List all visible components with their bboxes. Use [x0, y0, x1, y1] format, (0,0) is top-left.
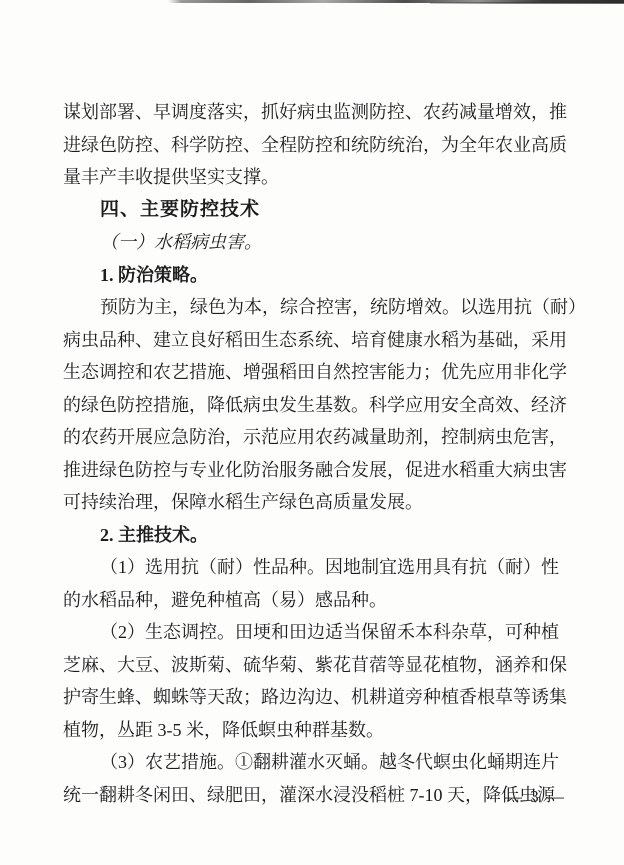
subsection-heading: （一）水稻病虫害。: [63, 226, 566, 259]
document-page: 谋划部署、早调度落实，抓好病虫监测防控、农药减量增效，推进绿色防控、科学防控、全…: [0, 0, 624, 865]
body-text-line: 谋划部署、早调度落实，抓好病虫监测防控、农药减量增效，推: [63, 96, 566, 129]
body-text-line: 生态调控和农艺措施、增强稻田自然控害能力；优先应用非化学: [63, 356, 566, 389]
section-heading: 四、主要防控技术: [63, 194, 566, 227]
point-heading: 2. 主推技术。: [63, 519, 566, 552]
body-text-line: 推进绿色防控与专业化防治服务融合发展，促进水稻重大病虫害: [63, 454, 566, 487]
scan-artifact-top-dark: [430, 2, 624, 4]
body-text-line: 植物，丛距 3-5 米，降低螟虫种群基数。: [63, 714, 566, 747]
body-text-line: 病虫品种、建立良好稻田生态系统、培育健康水稻为基础，采用: [63, 324, 566, 357]
point-heading: 1. 防治策略。: [63, 259, 566, 292]
document-body: 谋划部署、早调度落实，抓好病虫监测防控、农药减量增效，推进绿色防控、科学防控、全…: [63, 96, 566, 811]
body-text-line: 进绿色防控、科学防控、全程防控和统防统治，为全年农业高质: [63, 129, 566, 162]
body-text-line: 芝麻、大豆、波斯菊、硫华菊、紫花苜蓿等显花植物，涵养和保: [63, 649, 566, 682]
page-number: — 3 —: [63, 781, 609, 813]
body-text-line: 的农药开展应急防治，示范应用农药减量助剂，控制病虫危害，: [63, 421, 566, 454]
body-text-line: 的水稻品种，避免种植高（易）感品种。: [63, 584, 566, 617]
body-text-line: 护寄生蜂、蜘蛛等天敌；路边沟边、机耕道旁种植香根草等诱集: [63, 681, 566, 714]
body-text-line: 可持续治理，保障水稻生产绿色高质量发展。: [63, 486, 566, 519]
body-text-line: （1）选用抗（耐）性品种。因地制宜选用具有抗（耐）性: [63, 551, 566, 584]
body-text-line: （3）农艺措施。①翻耕灌水灭蛹。越冬代螟虫化蛹期连片: [63, 746, 566, 779]
body-text-line: 的绿色防控措施，降低病虫发生基数。科学应用安全高效、经济: [63, 389, 566, 422]
body-text-line: 量丰产丰收提供坚实支撑。: [63, 161, 566, 194]
body-text-line: （2）生态调控。田埂和田边适当保留禾本科杂草，可种植: [63, 616, 566, 649]
body-text-line: 预防为主，绿色为本，综合控害，统防增效。以选用抗（耐）: [63, 291, 566, 324]
